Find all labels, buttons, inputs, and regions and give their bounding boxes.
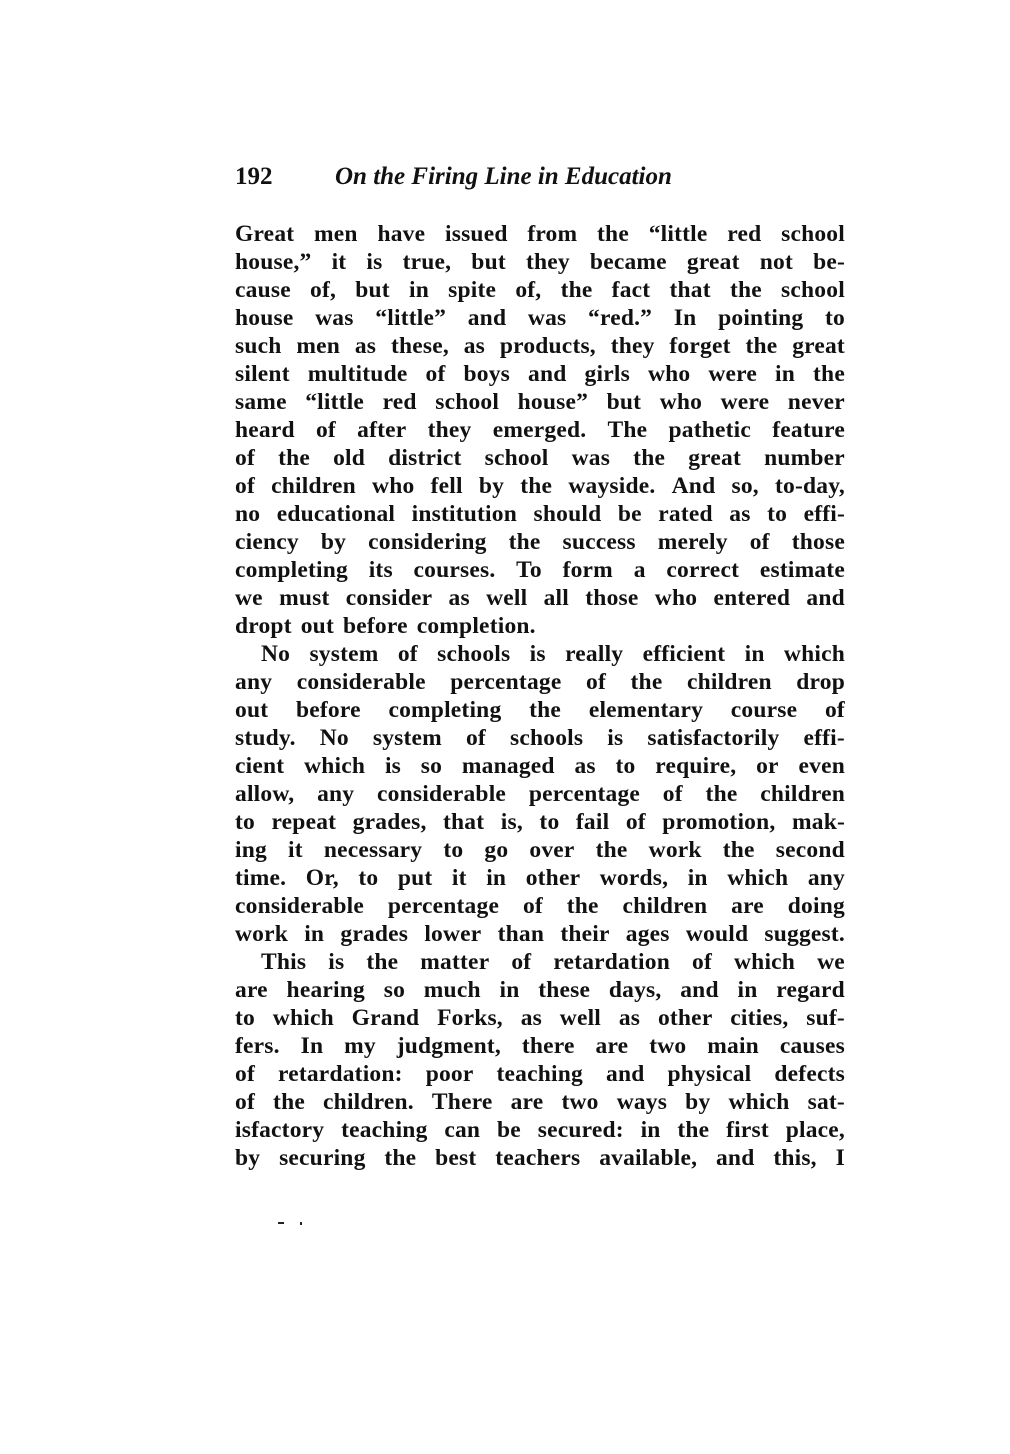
word: study. — [235, 724, 296, 752]
word: forget — [669, 332, 730, 360]
word: those — [792, 528, 845, 556]
word: two — [649, 1032, 686, 1060]
word: which — [304, 752, 365, 780]
word: educational — [277, 500, 395, 528]
word: out — [301, 612, 334, 640]
word: schools — [510, 724, 583, 752]
word: other — [526, 864, 581, 892]
word: is — [607, 724, 623, 752]
word: ciency — [235, 528, 299, 556]
word: of — [426, 360, 446, 388]
word: children — [687, 668, 772, 696]
word: any — [808, 864, 845, 892]
word: consider — [346, 584, 432, 612]
text-line: anyconsiderablepercentageofthechildrendr… — [235, 668, 845, 696]
word: place, — [786, 1116, 845, 1144]
word: school — [485, 444, 549, 472]
word: Grand — [352, 1004, 420, 1032]
word: is — [328, 948, 344, 976]
word: main — [707, 1032, 759, 1060]
word: number — [764, 444, 845, 472]
text-line: torepeatgrades,thatis,tofailofpromotion,… — [235, 808, 845, 836]
word: cause — [235, 276, 291, 304]
word: estimate — [760, 556, 845, 584]
word: which — [728, 1088, 789, 1116]
running-header: 192 On the Firing Line in Education — [235, 163, 845, 193]
word: securing — [279, 1144, 365, 1172]
word: to — [235, 1004, 255, 1032]
word: causes — [780, 1032, 845, 1060]
word: cient — [235, 752, 284, 780]
word: percentage — [450, 668, 561, 696]
word: men — [314, 220, 358, 248]
word: course — [731, 696, 797, 724]
word: it — [452, 864, 467, 892]
word: courses. — [414, 556, 496, 584]
word: we — [817, 948, 845, 976]
word: necessary — [324, 836, 422, 864]
word: children — [271, 472, 356, 500]
word: much — [424, 976, 481, 1004]
word: are — [731, 892, 764, 920]
word: who — [660, 388, 702, 416]
word: of — [235, 444, 255, 472]
word: even — [798, 752, 844, 780]
text-line: silentmultitudeofboysandgirlswhowereinth… — [235, 360, 845, 388]
word: they — [526, 248, 570, 276]
word: house — [235, 304, 293, 332]
word: as — [729, 500, 750, 528]
word: Forks, — [437, 1004, 503, 1032]
word: who — [655, 584, 697, 612]
word: was — [528, 304, 566, 332]
word: and — [606, 1060, 645, 1088]
text-line: ofchildrenwhofellbythewayside.Andso,to-d… — [235, 472, 845, 500]
word: in — [745, 640, 765, 668]
word: completing — [235, 556, 348, 584]
scan-specks — [278, 1222, 308, 1226]
word: fers. — [235, 1032, 280, 1060]
word: of — [523, 892, 543, 920]
word: This — [261, 948, 306, 976]
word: and — [806, 584, 845, 612]
word: correct — [666, 556, 739, 584]
word: they — [428, 416, 472, 444]
word: words, — [600, 864, 668, 892]
word: but — [355, 276, 390, 304]
word: before — [296, 696, 361, 724]
word: by — [235, 1144, 260, 1172]
word: so — [421, 752, 442, 780]
word: by — [321, 528, 346, 556]
word: great — [688, 444, 741, 472]
text-line: towhichGrandForks,aswellasothercities,su… — [235, 1004, 845, 1032]
word: which — [784, 640, 845, 668]
word: suggest. — [764, 920, 845, 948]
word: defects — [774, 1060, 845, 1088]
text-line: causeof,butinspiteof,thefactthattheschoo… — [235, 276, 845, 304]
word: considerable — [297, 668, 426, 696]
word: matter — [420, 948, 489, 976]
word: “little — [649, 220, 708, 248]
word: are — [511, 1088, 544, 1116]
word: the — [567, 892, 599, 920]
word: by — [685, 1088, 710, 1116]
word: drop — [796, 668, 845, 696]
word: The — [608, 416, 648, 444]
word: managed — [462, 752, 555, 780]
text-line: noeducationalinstitutionshouldberatedast… — [235, 500, 845, 528]
word: to — [539, 808, 559, 836]
text-line: house,”itistrue,buttheybecamegreatnotbe- — [235, 248, 845, 276]
text-line: arehearingsomuchinthesedays,andinregard — [235, 976, 845, 1004]
word: retardation — [553, 948, 670, 976]
text-line: workingradeslowerthantheirageswouldsugge… — [235, 920, 845, 948]
word: of — [316, 416, 336, 444]
word: available, — [599, 1144, 697, 1172]
word: No — [320, 724, 349, 752]
word: “little” — [375, 304, 446, 332]
word: the — [597, 220, 629, 248]
word: same — [235, 388, 287, 416]
word: of — [235, 472, 255, 500]
word: it — [288, 836, 303, 864]
word: Or, — [306, 864, 339, 892]
word: completing — [388, 696, 501, 724]
word: ages — [626, 920, 670, 948]
text-line: wemustconsideraswellallthosewhoenteredan… — [235, 584, 845, 612]
word: merely — [658, 528, 728, 556]
word: before — [343, 612, 408, 640]
word: considerable — [235, 892, 364, 920]
text-line: Greatmenhaveissuedfromthe“littleredschoo… — [235, 220, 845, 248]
word: children — [623, 892, 708, 920]
word: who — [372, 472, 414, 500]
speck — [300, 1222, 302, 1225]
word: completion. — [417, 612, 536, 640]
word: and — [528, 360, 567, 388]
word: school — [435, 388, 499, 416]
word: as — [449, 584, 470, 612]
text-line: same“littleredschoolhouse”butwhowereneve… — [235, 388, 845, 416]
word: well — [486, 584, 527, 612]
word: school — [781, 220, 845, 248]
word: house” — [518, 388, 588, 416]
word: the — [730, 276, 762, 304]
word: effi- — [803, 724, 844, 752]
body-text: Greatmenhaveissuedfromthe“littleredschoo… — [235, 220, 845, 1172]
word: allow, — [235, 780, 294, 808]
word: children — [760, 780, 845, 808]
word: of — [586, 668, 606, 696]
word: regard — [776, 976, 845, 1004]
word: of — [466, 724, 486, 752]
word: secured: — [538, 1116, 624, 1144]
word: than — [498, 920, 545, 948]
text-line: cientwhichissomanagedastorequire,oreven — [235, 752, 845, 780]
word: emerged. — [493, 416, 587, 444]
text-line: Thisisthematterofretardationofwhichwe — [235, 948, 845, 976]
word: lower — [424, 920, 481, 948]
word: mak- — [792, 808, 845, 836]
word: ing — [235, 836, 267, 864]
word: so — [384, 976, 405, 1004]
word: teaching — [341, 1116, 427, 1144]
text-line: time.Or,toputitinotherwords,inwhichany — [235, 864, 845, 892]
speck — [278, 1222, 284, 1224]
word: multitude — [308, 360, 408, 388]
word: the — [745, 332, 777, 360]
word: to — [825, 304, 845, 332]
text-line: allow,anyconsiderablepercentageofthechil… — [235, 780, 845, 808]
word: were — [721, 388, 770, 416]
word: are — [596, 1032, 629, 1060]
word: In — [301, 1032, 324, 1060]
word: days, — [609, 976, 662, 1004]
word: which — [734, 948, 795, 976]
text-line: considerablepercentageofthechildrenaredo… — [235, 892, 845, 920]
word: the — [813, 360, 845, 388]
word: the — [366, 948, 398, 976]
word: rated — [658, 500, 713, 528]
word: physical — [668, 1060, 752, 1088]
word: the — [273, 1088, 305, 1116]
word: grades, — [353, 808, 427, 836]
word: of, — [515, 276, 541, 304]
word: is, — [501, 808, 523, 836]
word: girls — [585, 360, 630, 388]
word: in — [737, 976, 757, 1004]
word: is — [530, 640, 546, 668]
word: to-day, — [775, 472, 845, 500]
word: schools — [437, 640, 510, 668]
word: these, — [391, 332, 449, 360]
word: the — [509, 528, 541, 556]
word: of — [750, 528, 770, 556]
word: issued — [445, 220, 508, 248]
text-line: droptoutbeforecompletion. — [235, 612, 845, 640]
word: to — [235, 808, 255, 836]
word: out — [235, 696, 268, 724]
word: pathetic — [668, 416, 751, 444]
word: to — [358, 864, 378, 892]
word: red — [383, 388, 417, 416]
text-line: ingitnecessarytogoovertheworkthesecond — [235, 836, 845, 864]
word: system — [309, 640, 378, 668]
word: ways — [617, 1088, 667, 1116]
word: is — [385, 752, 401, 780]
word: in — [688, 864, 708, 892]
word: and — [680, 976, 719, 1004]
text-line: fers.Inmyjudgment,therearetwomaincauses — [235, 1032, 845, 1060]
word: house,” — [235, 248, 312, 276]
word: that — [443, 808, 484, 836]
word: sat- — [808, 1088, 845, 1116]
word: children. — [323, 1088, 414, 1116]
text-line: outbeforecompletingtheelementarycourseof — [235, 696, 845, 724]
word: dropt — [235, 612, 292, 640]
word: satisfactorily — [647, 724, 779, 752]
word: teachers — [495, 1144, 580, 1172]
text-line: heardofaftertheyemerged.Thepatheticfeatu… — [235, 416, 845, 444]
word: the — [561, 276, 593, 304]
word: should — [534, 500, 602, 528]
word: put — [398, 864, 433, 892]
word: the — [706, 780, 738, 808]
word: of — [825, 696, 845, 724]
text-line: housewas“little”andwas“red.”Inpointingto — [235, 304, 845, 332]
word: as — [464, 332, 485, 360]
word: and — [716, 1144, 755, 1172]
word: fail — [576, 808, 609, 836]
word: the — [529, 696, 561, 724]
word: never — [788, 388, 845, 416]
word: wayside. — [568, 472, 655, 500]
word: hearing — [287, 976, 365, 1004]
word: elementary — [589, 696, 703, 724]
word: percentage — [388, 892, 499, 920]
word: in — [499, 976, 519, 1004]
word: old — [333, 444, 365, 472]
word: which — [727, 864, 788, 892]
word: promotion, — [662, 808, 775, 836]
word: the — [384, 1144, 416, 1172]
word: of — [235, 1060, 255, 1088]
word: must — [279, 584, 329, 612]
word: would — [686, 920, 748, 948]
word: they — [611, 332, 655, 360]
word: the — [723, 836, 755, 864]
word: first — [726, 1116, 769, 1144]
word: have — [377, 220, 425, 248]
word: but — [471, 248, 506, 276]
word: men — [296, 332, 340, 360]
word: great — [687, 248, 740, 276]
text-line: ofthechildren.Therearetwowaysbywhichsat- — [235, 1088, 845, 1116]
word: these — [538, 976, 590, 1004]
word: the — [278, 444, 310, 472]
word: well — [560, 1004, 601, 1032]
word: great — [792, 332, 845, 360]
word: or — [756, 752, 779, 780]
word: Great — [235, 220, 294, 248]
word: the — [596, 836, 628, 864]
word: cities, — [730, 1004, 788, 1032]
word: the — [633, 444, 665, 472]
running-title: On the Firing Line in Education — [335, 163, 672, 191]
word: any — [235, 668, 272, 696]
word: suf- — [806, 1004, 845, 1032]
word: to — [443, 836, 463, 864]
word: And — [672, 472, 716, 500]
word: red — [727, 220, 761, 248]
word: success — [563, 528, 636, 556]
word: of, — [310, 276, 336, 304]
word: judgment, — [397, 1032, 501, 1060]
word: No — [261, 640, 290, 668]
word: all — [544, 584, 569, 612]
word: considerable — [377, 780, 506, 808]
word: fact — [612, 276, 651, 304]
word: district — [388, 444, 461, 472]
text-line: Nosystemofschoolsisreallyefficientinwhic… — [235, 640, 845, 668]
word: any — [317, 780, 354, 808]
word: as — [355, 332, 376, 360]
word: its — [369, 556, 393, 584]
word: but — [607, 388, 642, 416]
text-line: isfactoryteachingcanbesecured:inthefirst… — [235, 1116, 845, 1144]
text-line: ofretardation:poorteachingandphysicaldef… — [235, 1060, 845, 1088]
word: work — [235, 920, 288, 948]
word: are — [235, 976, 268, 1004]
word: we — [235, 584, 263, 612]
word: after — [357, 416, 406, 444]
word: of — [398, 640, 418, 668]
word: be — [618, 500, 642, 528]
word: can — [444, 1116, 480, 1144]
word: I — [836, 1144, 845, 1172]
word: “little — [305, 388, 364, 416]
word: poor — [426, 1060, 474, 1088]
word: were — [708, 360, 757, 388]
word: pointing — [718, 304, 803, 332]
word: In — [674, 304, 697, 332]
word: my — [344, 1032, 376, 1060]
word: doing — [788, 892, 845, 920]
word: true, — [403, 248, 452, 276]
word: products, — [500, 332, 596, 360]
word: heard — [235, 416, 295, 444]
word: by — [479, 472, 504, 500]
word: those — [585, 584, 638, 612]
text-line: ciencybyconsideringthesuccessmerelyoftho… — [235, 528, 845, 556]
word: as — [521, 1004, 542, 1032]
word: in — [304, 920, 324, 948]
word: there — [522, 1032, 575, 1060]
word: was — [315, 304, 353, 332]
text-line: suchmenasthese,asproducts,theyforgettheg… — [235, 332, 845, 360]
word: fell — [431, 472, 463, 500]
word: the — [520, 472, 552, 500]
word: best — [435, 1144, 476, 1172]
word: was — [572, 444, 610, 472]
word: in — [641, 1116, 661, 1144]
word: this, — [773, 1144, 816, 1172]
word: not — [760, 248, 793, 276]
word: spite — [448, 276, 496, 304]
word: and — [468, 304, 507, 332]
word: effi- — [804, 500, 845, 528]
text-line: oftheolddistrictschoolwasthegreatnumber — [235, 444, 845, 472]
text-line: completingitscourses.Toformacorrectestim… — [235, 556, 845, 584]
word: two — [561, 1088, 598, 1116]
word: to — [767, 500, 787, 528]
word: of — [663, 780, 683, 808]
word: institution — [412, 500, 517, 528]
word: There — [432, 1088, 493, 1116]
word: in — [486, 864, 506, 892]
word: so, — [732, 472, 759, 500]
word: that — [669, 276, 710, 304]
word: as — [619, 1004, 640, 1032]
text-line: bysecuringthebestteachersavailable,andth… — [235, 1144, 845, 1172]
word: “red.” — [588, 304, 652, 332]
word: is — [366, 248, 382, 276]
word: no — [235, 500, 260, 528]
word: other — [658, 1004, 713, 1032]
word: which — [273, 1004, 334, 1032]
word: in — [409, 276, 429, 304]
